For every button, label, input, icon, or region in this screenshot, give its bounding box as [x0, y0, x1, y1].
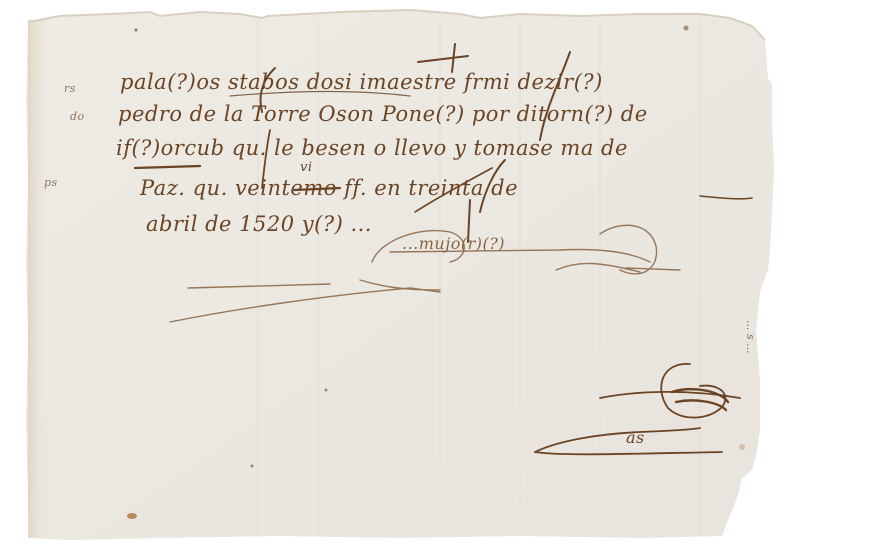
manuscript-line-1: pala(?)os stabos dosi imaestre frmi dezi… — [120, 70, 603, 94]
right-edge-note: ... s ... — [744, 320, 757, 354]
manuscript-line-5: abril de 1520 y(?) ... — [146, 212, 372, 236]
signature: ...mujo(r)(?) — [402, 234, 505, 253]
interlinear-insert: vi — [300, 160, 313, 175]
lower-right-mark: as — [626, 428, 645, 447]
manuscript-line-3: if(?)orcub qu. le besen o llevo y tomase… — [116, 136, 628, 160]
margin-note: ps — [44, 176, 58, 189]
margin-note: do — [70, 110, 85, 123]
manuscript-line-2: pedro de la Torre Oson Pone(?) por ditor… — [118, 102, 648, 126]
margin-note: rs — [64, 82, 76, 95]
manuscript-line-4: Paz. qu. veintemo ff. en treinta de — [140, 176, 518, 200]
document-viewer: rs do ps pala(?)os stabos dosi imaestre … — [0, 0, 872, 549]
